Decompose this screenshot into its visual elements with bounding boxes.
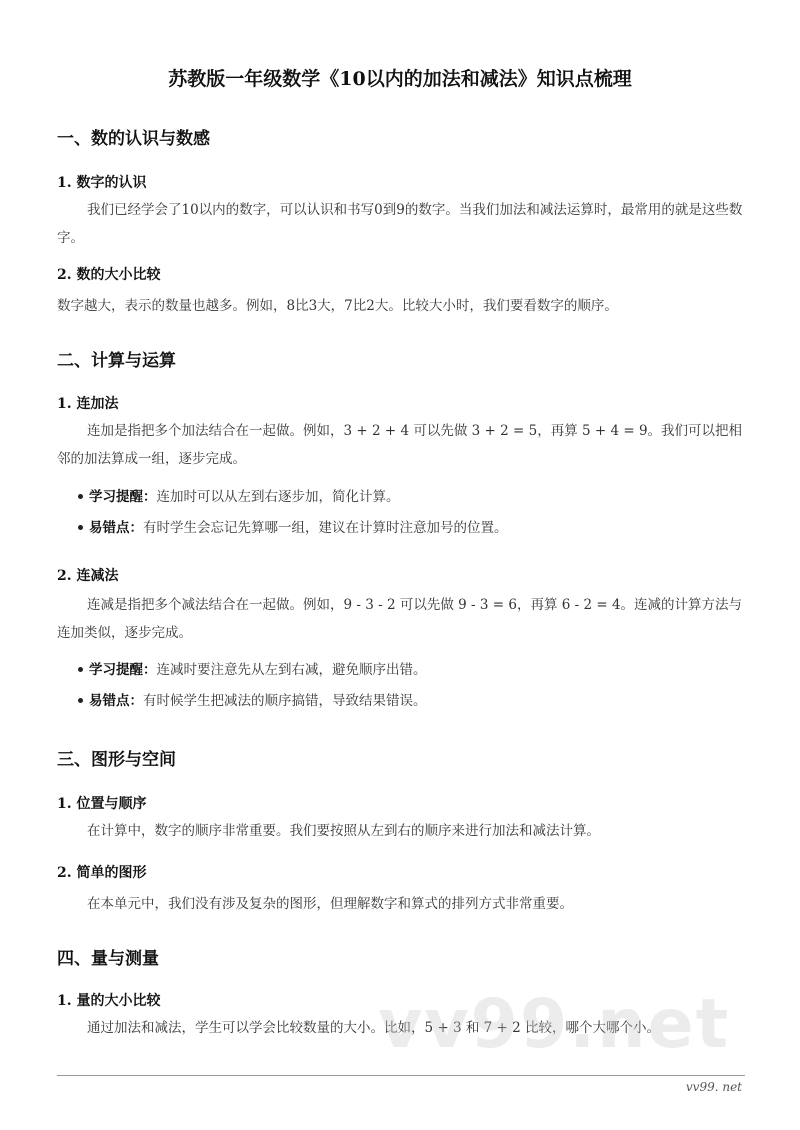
section-heading: 三、图形与空间 xyxy=(57,745,176,770)
bullet-item: 学习提醒：连加时可以从左到右逐步加，简化计算。 xyxy=(78,485,400,505)
subsection-heading: 1. 连加法 xyxy=(57,393,119,413)
subsection-heading: 2. 简单的图形 xyxy=(57,862,147,882)
paragraph: 在计算中，数字的顺序非常重要。我们要按照从左到右的顺序来进行加法和减法计算。 xyxy=(57,817,745,845)
bullet-text: 连加时可以从左到右逐步加，简化计算。 xyxy=(157,489,400,505)
bullet-dot-icon xyxy=(78,494,83,499)
paragraph: 连加是指把多个加法结合在一起做。例如，3 + 2 + 4 可以先做 3 + 2 … xyxy=(57,417,745,473)
bullet-item: 学习提醒：连减时要注意先从左到右减，避免顺序出错。 xyxy=(78,658,427,678)
subsection-heading: 2. 数的大小比较 xyxy=(57,264,161,284)
document-page: 苏教版一年级数学《10以内的加法和减法》知识点梳理 一、数的认识与数感 1. 数… xyxy=(0,0,800,1130)
bullet-dot-icon xyxy=(78,698,83,703)
paragraph: 连减是指把多个减法结合在一起做。例如，9 - 3 - 2 可以先做 9 - 3 … xyxy=(57,591,745,647)
bullet-text: 有时学生会忘记先算哪一组，建议在计算时注意加号的位置。 xyxy=(143,520,508,536)
section-heading: 二、计算与运算 xyxy=(57,346,176,371)
subsection-heading: 1. 位置与顺序 xyxy=(57,793,147,813)
bullet-dot-icon xyxy=(78,525,83,530)
footer-text: vv99. net xyxy=(686,1080,742,1094)
paragraph: 在本单元中，我们没有涉及复杂的图形，但理解数字和算式的排列方式非常重要。 xyxy=(57,890,745,918)
bullet-label: 易错点： xyxy=(89,693,143,709)
bullet-text: 有时候学生把减法的顺序搞错，导致结果错误。 xyxy=(143,693,427,709)
bullet-item: 易错点：有时学生会忘记先算哪一组，建议在计算时注意加号的位置。 xyxy=(78,516,508,536)
subsection-heading: 2. 连减法 xyxy=(57,565,119,585)
bullet-item: 易错点：有时候学生把减法的顺序搞错，导致结果错误。 xyxy=(78,689,427,709)
paragraph: 通过加法和减法，学生可以学会比较数量的大小。比如，5 + 3 和 7 + 2 比… xyxy=(57,1014,745,1042)
paragraph: 数字越大，表示的数量也越多。例如，8比3大，7比2大。比较大小时，我们要看数字的… xyxy=(57,292,745,320)
section-heading: 四、量与测量 xyxy=(57,944,159,969)
footer-divider xyxy=(57,1075,745,1076)
bullet-label: 学习提醒： xyxy=(89,489,157,505)
bullet-dot-icon xyxy=(78,667,83,672)
subsection-heading: 1. 量的大小比较 xyxy=(57,990,161,1010)
bullet-text: 连减时要注意先从左到右减，避免顺序出错。 xyxy=(157,662,427,678)
document-title: 苏教版一年级数学《10以内的加法和减法》知识点梳理 xyxy=(0,64,800,91)
section-heading: 一、数的认识与数感 xyxy=(57,124,210,149)
bullet-label: 学习提醒： xyxy=(89,662,157,678)
paragraph: 我们已经学会了10以内的数字，可以认识和书写0到9的数字。当我们加法和减法运算时… xyxy=(57,196,745,252)
subsection-heading: 1. 数字的认识 xyxy=(57,172,147,192)
bullet-label: 易错点： xyxy=(89,520,143,536)
